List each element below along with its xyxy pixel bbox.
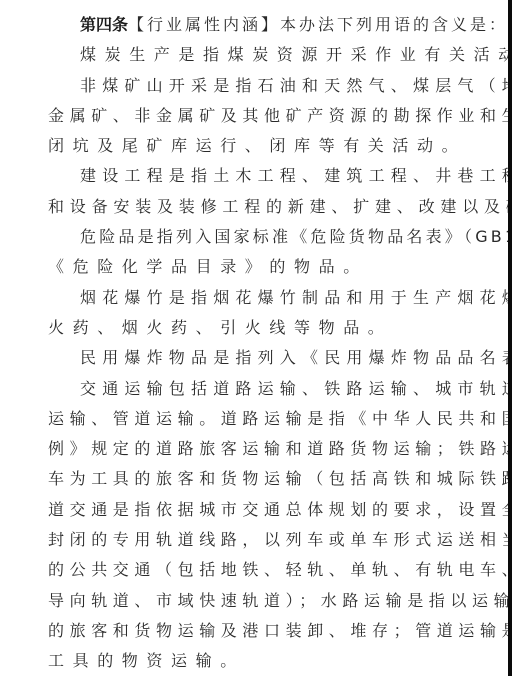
paragraph-construction-line-2: 和设备安装及装修工程的新建、扩建、改建以及矿山建设。 <box>48 192 478 222</box>
paragraph-transport-line-10: 工具的物资运输。 <box>48 646 478 676</box>
document-body: 第四条【行业属性内涵】本办法下列用语的含义是： 煤炭生产是指煤炭资源开采作业有关… <box>48 10 478 676</box>
paragraph-transport-line-6: 封闭的专用轨道线路，以列车或单车形式运送相当规模客流量 <box>48 525 478 555</box>
paragraph-construction-line-1: 建设工程是指土木工程、建筑工程、井巷工程、线路管道 <box>48 161 478 191</box>
article-title: 【行业属性内涵】 <box>128 15 280 34</box>
paragraph-fireworks-line-1: 烟花爆竹是指烟花爆竹制品和用于生产烟花爆竹的民用黑 <box>48 283 478 313</box>
right-edge-border <box>508 0 512 676</box>
paragraph-transport-line-5: 道交通是指依据城市交通总体规划的要求，设置全封闭或部分 <box>48 495 478 525</box>
paragraph-transport-line-4: 车为工具的旅客和货物运输（包括高铁和城际铁路）；城市轨 <box>48 464 478 494</box>
paragraph-non-coal-mining-line-1: 非煤矿山开采是指石油和天然气、煤层气（地面开采）、 <box>48 71 478 101</box>
paragraph-transport-line-1: 交通运输包括道路运输、铁路运输、城市轨道交通、水路 <box>48 374 478 404</box>
paragraph-transport-line-8: 导向轨道、市域快速轨道）；水路运输是指以运输船舶为工具 <box>48 586 478 616</box>
paragraph-transport-line-3: 例》规定的道路旅客运输和道路货物运输；铁路运输是指以火 <box>48 434 478 464</box>
document-page: 第四条【行业属性内涵】本办法下列用语的含义是： 煤炭生产是指煤炭资源开采作业有关… <box>0 0 508 676</box>
paragraph-hazardous-goods-line-2: 《危险化学品目录》的物品。 <box>48 252 478 282</box>
paragraph-transport-line-7: 的公共交通（包括地铁、轻轨、单轨、有轨电车、磁浮、自动 <box>48 555 478 585</box>
paragraph-non-coal-mining-line-2: 金属矿、非金属矿及其他矿产资源的勘探作业和生产、选矿、 <box>48 101 478 131</box>
article-heading-line: 第四条【行业属性内涵】本办法下列用语的含义是： <box>48 10 478 40</box>
paragraph-fireworks-line-2: 火药、烟火药、引火线等物品。 <box>48 313 478 343</box>
paragraph-transport-line-9: 的旅客和货物运输及港口装卸、堆存；管道运输是指以管道为 <box>48 616 478 646</box>
article-number: 第四条 <box>80 15 128 34</box>
paragraph-hazardous-goods-line-1: 危险品是指列入国家标准《危险货物品名表》（GB12268）、 <box>48 222 478 252</box>
paragraph-civil-explosives: 民用爆炸物品是指列入《民用爆炸物品品名表》的物品。 <box>48 343 478 373</box>
paragraph-non-coal-mining-line-3: 闭坑及尾矿库运行、闭库等有关活动。 <box>48 131 478 161</box>
paragraph-transport-line-2: 运输、管道运输。道路运输是指《中华人民共和国道路运输条 <box>48 404 478 434</box>
article-intro: 本办法下列用语的含义是： <box>280 15 508 34</box>
paragraph-coal-production: 煤炭生产是指煤炭资源开采作业有关活动。 <box>48 40 478 70</box>
